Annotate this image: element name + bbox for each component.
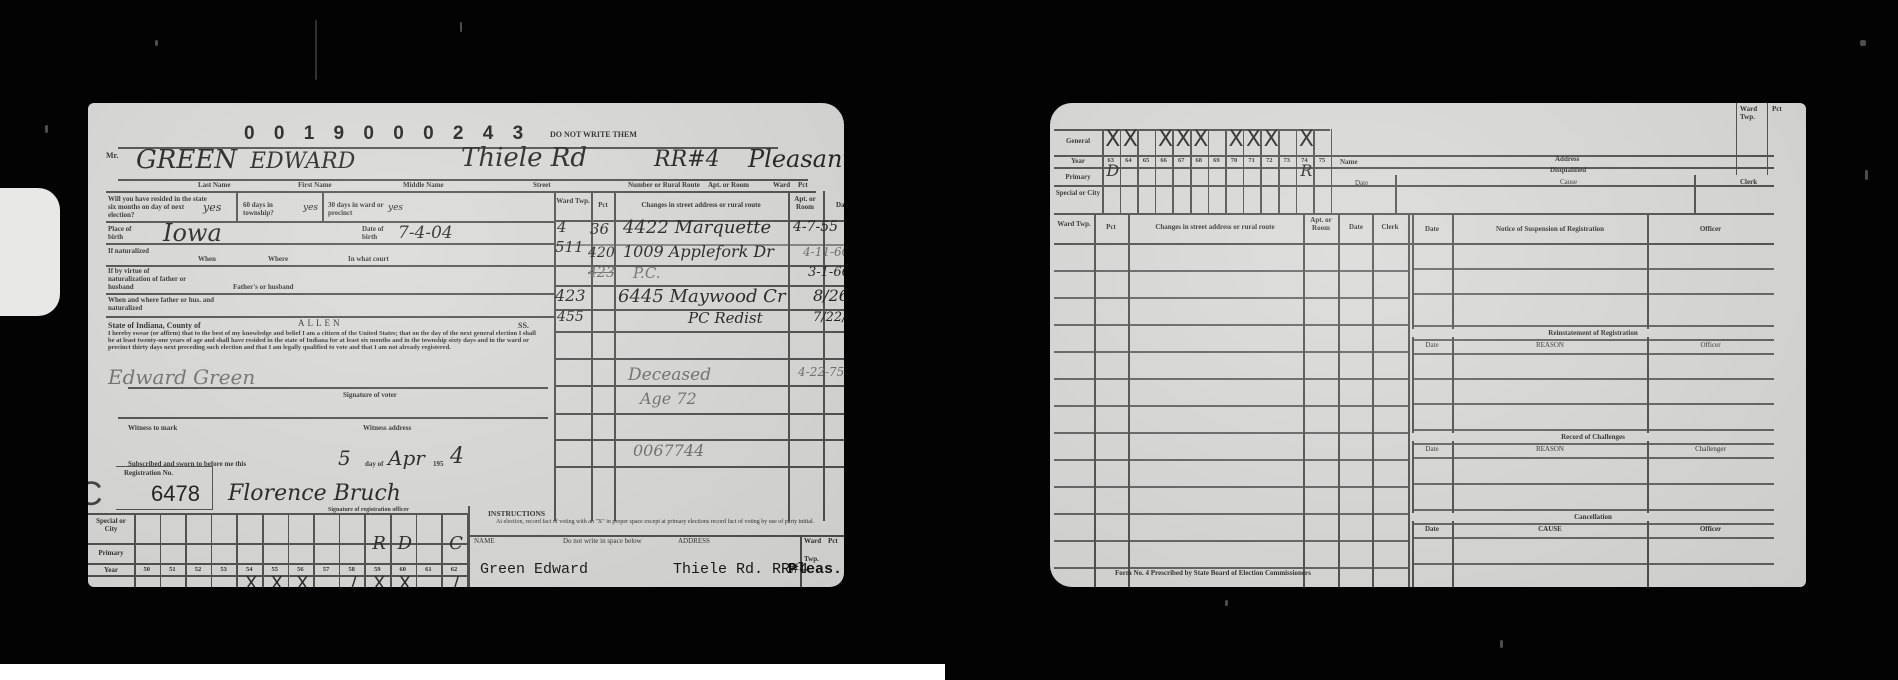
scan-speck bbox=[1225, 600, 1228, 606]
back-col-apt: Apt. or Room bbox=[1305, 216, 1337, 232]
back-section-line bbox=[1412, 378, 1774, 380]
general-vote-mark: X bbox=[1298, 127, 1316, 152]
scan-scratch bbox=[315, 20, 317, 80]
general-vote-mark: X bbox=[1227, 127, 1245, 152]
back-grid-primary-label: Primary bbox=[1054, 173, 1102, 181]
scan-speck bbox=[460, 22, 462, 32]
suspension-col-officer: Officer bbox=[1648, 225, 1773, 233]
residence-ward-answer: yes bbox=[388, 203, 403, 213]
change-row-4-address: 6445 Maywood Cr bbox=[618, 286, 786, 307]
front-col-apt: Apt. or Room bbox=[788, 195, 822, 211]
general-vote-mark: X bbox=[238, 573, 264, 587]
back-change-row-line bbox=[1054, 378, 1408, 380]
general-vote-mark: X bbox=[1245, 127, 1263, 152]
grid-year: 72 bbox=[1260, 157, 1278, 165]
general-vote-mark: X bbox=[1174, 127, 1192, 152]
front-grid-primary-label: Primary bbox=[90, 549, 132, 557]
primary-vote-mark: D bbox=[392, 533, 418, 554]
reinstatement-title: Reinstatement of Registration bbox=[1412, 329, 1774, 337]
grid-year: 69 bbox=[1208, 157, 1226, 165]
grid-year: 65 bbox=[1137, 157, 1155, 165]
back-change-row-line bbox=[1054, 540, 1408, 542]
naturalized-where-label: Where bbox=[268, 255, 288, 263]
oath-text: I hereby swear (or affirm) that to the b… bbox=[108, 330, 538, 351]
back-section-line bbox=[1412, 268, 1774, 270]
date-of-birth-label: Date of birth bbox=[362, 225, 398, 241]
title-prefix: Mr. bbox=[106, 153, 118, 159]
general-vote-mark: / bbox=[341, 573, 367, 587]
residence-ward-label: 30 days in ward or precinct bbox=[328, 201, 388, 217]
grid-year: 61 bbox=[416, 566, 442, 574]
grid-year: 70 bbox=[1225, 157, 1243, 165]
father-name-label: Father's or husband bbox=[233, 283, 294, 291]
front-col-changes: Changes in street address or rural route bbox=[616, 201, 786, 209]
scan-speck bbox=[1860, 40, 1866, 46]
registration-card-front: 0 0 1 9 0 0 0 2 4 3 DO NOT WRITE THEM Mr… bbox=[88, 103, 844, 587]
change-row-3-pct: 423 bbox=[588, 265, 615, 281]
cancellation-col-officer: Officer bbox=[1648, 525, 1773, 533]
grid-year: 50 bbox=[134, 566, 160, 574]
back-ward-box: Ward Twp. bbox=[1736, 103, 1768, 175]
back-col-changes: Changes in street address or rural route bbox=[1130, 223, 1300, 231]
general-vote-mark: / bbox=[443, 573, 469, 587]
serial-note: DO NOT WRITE THEM bbox=[550, 130, 637, 139]
grid-year: 52 bbox=[185, 566, 211, 574]
change-row-2-date: 4-11-60 bbox=[803, 245, 844, 259]
footer-name-label: NAME bbox=[474, 537, 495, 545]
back-name-label: Name bbox=[1340, 158, 1358, 166]
back-section-line bbox=[1412, 537, 1774, 539]
front-grid-special-label: Special or City bbox=[90, 517, 132, 533]
change-row-5-address: PC Redist bbox=[688, 309, 763, 327]
residence-state-answer: yes bbox=[203, 201, 221, 214]
first-name-value: EDWARD bbox=[250, 149, 355, 174]
grid-divider bbox=[160, 513, 162, 587]
general-vote-mark: X bbox=[1157, 127, 1175, 152]
middle-name-label: Middle Name bbox=[403, 181, 444, 189]
general-vote-mark: X bbox=[1192, 127, 1210, 152]
reinstatement-col-date: Date bbox=[1412, 341, 1452, 349]
front-grid-general-label: General bbox=[90, 586, 132, 587]
scan-speck bbox=[1500, 640, 1503, 648]
front-col-date: Date bbox=[828, 201, 844, 209]
change-row-2-ward: 511 bbox=[555, 238, 584, 256]
voter-signature: Edward Green bbox=[108, 365, 255, 389]
back-col-pct: Pct bbox=[1096, 223, 1126, 231]
ward-value: Pleasant bbox=[748, 145, 844, 173]
general-vote-mark: X bbox=[290, 573, 316, 587]
change-row-2-address: 1009 Applefork Dr bbox=[623, 242, 774, 261]
change-row-1-address: 4422 Marquette bbox=[623, 217, 771, 238]
grid-year: 51 bbox=[160, 566, 186, 574]
registrar-signature: Florence Bruch bbox=[228, 481, 401, 506]
footer-pct-label: Pct bbox=[828, 537, 838, 545]
change-row-2-pct: 420 bbox=[588, 245, 615, 261]
grid-year: 67 bbox=[1172, 157, 1190, 165]
back-col-ward: Ward Twp. bbox=[1054, 220, 1094, 228]
cancellation-title: Cancellation bbox=[1412, 513, 1774, 521]
back-date-label: Date bbox=[1355, 179, 1368, 187]
witness-address-label: Witness address bbox=[363, 424, 411, 432]
front-col-pct: Pct bbox=[593, 201, 613, 209]
number-label: Number or Rural Route bbox=[628, 181, 700, 189]
front-col-ward: Ward Twp. bbox=[556, 197, 590, 205]
back-section-line bbox=[1412, 325, 1774, 327]
place-of-birth-label: Place of birth bbox=[108, 225, 148, 241]
back-grid-special-label: Special or City bbox=[1054, 189, 1102, 197]
grid-year: 73 bbox=[1278, 157, 1296, 165]
grid-year: 66 bbox=[1155, 157, 1173, 165]
registration-number-label: Registration No. bbox=[124, 469, 173, 477]
residence-township-answer: yes bbox=[303, 203, 318, 213]
grid-divider bbox=[1331, 129, 1333, 213]
residence-state-label: Will you have resided in the state six m… bbox=[108, 195, 208, 219]
last-name-label: Last Name bbox=[198, 181, 230, 189]
primary-vote-mark: R bbox=[366, 533, 392, 554]
serial-number: 0 0 1 9 0 0 0 2 4 3 bbox=[244, 123, 530, 145]
grid-divider bbox=[185, 513, 187, 587]
street-value: Thiele Rd bbox=[461, 143, 587, 173]
do-not-write-label: Do not write in space below bbox=[563, 537, 642, 545]
ward-label: Ward bbox=[773, 181, 790, 189]
grid-year: 57 bbox=[313, 566, 339, 574]
cancellation-col-cause: CAUSE bbox=[1454, 525, 1646, 533]
typed-name: Green Edward bbox=[480, 561, 588, 578]
back-change-row-line bbox=[1054, 459, 1408, 461]
footer-ward-label: Ward bbox=[804, 537, 821, 545]
suspension-col-notice: Notice of Suspension of Registration bbox=[1454, 225, 1646, 233]
residence-township-label: 60 days in township? bbox=[243, 201, 303, 217]
year-prefix: 195 bbox=[433, 460, 444, 468]
general-vote-mark: X bbox=[1122, 127, 1140, 152]
back-cause-label: Cause bbox=[1560, 178, 1577, 186]
grid-year: 68 bbox=[1190, 157, 1208, 165]
back-section-line bbox=[1412, 353, 1774, 355]
back-section-line bbox=[1412, 563, 1774, 565]
general-vote-mark: X bbox=[1262, 127, 1280, 152]
back-ward-label: Ward Twp. bbox=[1740, 105, 1766, 121]
back-section-line bbox=[1412, 429, 1774, 431]
grid-divider bbox=[211, 513, 213, 587]
scan-speck bbox=[45, 125, 48, 133]
ss-label: SS. bbox=[518, 321, 529, 330]
father-naturalization-label: If by virtue of naturalization of father… bbox=[108, 267, 188, 291]
general-vote-mark: X bbox=[264, 573, 290, 587]
change-row-4-date: 8/26/68 bbox=[813, 286, 844, 305]
voter-signature-label: Signature of voter bbox=[343, 391, 397, 399]
reinstatement-col-officer: Officer bbox=[1648, 341, 1773, 349]
cancellation-col-date: Date bbox=[1412, 525, 1452, 533]
back-section-line bbox=[1412, 293, 1774, 295]
back-section-line bbox=[1412, 457, 1774, 459]
suspension-col-date: Date bbox=[1412, 225, 1452, 233]
back-change-row-line bbox=[1054, 432, 1408, 434]
change-row-3-address: P.C. bbox=[633, 264, 661, 282]
pct-label: Pct bbox=[798, 181, 808, 189]
rural-route-value: RR#4 bbox=[654, 147, 720, 172]
instructions-title: INSTRUCTIONS bbox=[488, 510, 545, 518]
registration-number-value: 6478 bbox=[151, 481, 200, 507]
instructions-text: At election, record fact of voting with … bbox=[496, 519, 836, 526]
change-row-1-date: 4-7-55 bbox=[793, 219, 838, 235]
father-when-where-label: When and where father or hus. and natura… bbox=[108, 296, 218, 312]
change-row-10-address: 0067744 bbox=[633, 441, 704, 460]
first-name-label: First Name bbox=[298, 181, 332, 189]
grid-year: 75 bbox=[1313, 157, 1331, 165]
primary-vote-mark: C bbox=[443, 533, 469, 554]
typed-ward: Pleas. bbox=[788, 561, 842, 578]
day-of-label: day of bbox=[365, 460, 383, 468]
change-row-8-address: Age 72 bbox=[640, 389, 697, 408]
date-of-birth-value: 7-4-04 bbox=[398, 223, 453, 243]
change-row-5-pct: 455 bbox=[557, 309, 584, 325]
back-change-row-line bbox=[1054, 270, 1408, 272]
margin-letter: C bbox=[88, 475, 103, 514]
blank-white-strip bbox=[0, 664, 945, 680]
footer-address-label: ADDRESS bbox=[678, 537, 710, 545]
naturalized-when-label: When bbox=[198, 255, 216, 263]
back-change-row-line bbox=[1054, 486, 1408, 488]
back-disqualified-label: Disqualified bbox=[1550, 166, 1586, 174]
back-grid-general-label: General bbox=[1054, 137, 1102, 145]
challenges-col-date: Date bbox=[1412, 445, 1452, 453]
back-change-row-line bbox=[1054, 513, 1408, 515]
back-col-date: Date bbox=[1340, 223, 1372, 231]
back-section-line bbox=[1412, 483, 1774, 485]
general-vote-mark: X bbox=[392, 573, 418, 587]
back-address-label: Address bbox=[1555, 155, 1579, 163]
registration-number-box: Registration No. 6478 bbox=[116, 466, 213, 510]
challenges-title: Record of Challenges bbox=[1412, 433, 1774, 441]
grid-year: 53 bbox=[211, 566, 237, 574]
if-naturalized-label: If naturalized bbox=[108, 247, 168, 255]
last-name-value: GREEN bbox=[136, 145, 237, 175]
county-value: ALLEN bbox=[298, 318, 343, 328]
back-section-line bbox=[1412, 509, 1774, 511]
apt-label: Apt. or Room bbox=[708, 181, 749, 189]
reinstatement-col-reason: REASON bbox=[1454, 341, 1646, 349]
back-section-line bbox=[1412, 243, 1774, 245]
general-vote-mark: X bbox=[1104, 127, 1122, 152]
change-row-1-ward: 4 bbox=[557, 218, 567, 236]
naturalized-court-label: In what court bbox=[348, 255, 389, 263]
challenges-col-reason: REASON bbox=[1454, 445, 1646, 453]
witness-to-mark-label: Witness to mark bbox=[128, 424, 177, 432]
change-row-7-date: 4-22-75 bbox=[798, 365, 844, 379]
change-row-7-address: Deceased bbox=[628, 365, 711, 385]
back-change-row-line bbox=[1054, 324, 1408, 326]
subscribed-year: 4 bbox=[450, 444, 464, 469]
back-col-clerk: Clerk bbox=[1374, 223, 1406, 231]
change-row-1-pct: 36 bbox=[590, 220, 609, 238]
back-change-row-line bbox=[1054, 297, 1408, 299]
registration-card-back: General Year Primary Special or City 63X… bbox=[1050, 103, 1806, 587]
back-section-line bbox=[1412, 403, 1774, 405]
street-label: Street bbox=[533, 181, 551, 189]
back-pct-label: Pct bbox=[1772, 105, 1782, 113]
adjacent-card-edge bbox=[0, 188, 60, 316]
grid-year: 71 bbox=[1243, 157, 1261, 165]
change-row-3-date: 3-1-66 bbox=[808, 265, 844, 280]
change-row-4-pct: 423 bbox=[555, 286, 586, 305]
back-change-row-line bbox=[1054, 405, 1408, 407]
front-grid-year-label: Year bbox=[90, 566, 132, 574]
back-change-row-line bbox=[1054, 351, 1408, 353]
back-grid-year-label: Year bbox=[1054, 157, 1102, 165]
form-footer: Form No. 4 Prescribed by State Board of … bbox=[1115, 569, 1311, 577]
subscribed-day: 5 bbox=[338, 446, 351, 470]
subscribed-month: Apr bbox=[388, 446, 425, 470]
state-county-label: State of Indiana, County of bbox=[108, 321, 201, 330]
scan-speck bbox=[1865, 170, 1868, 180]
grid-year: 64 bbox=[1120, 157, 1138, 165]
challenges-col-challenger: Challenger bbox=[1648, 445, 1773, 453]
change-row-5-date: 7/22/71 bbox=[813, 310, 844, 325]
general-vote-mark: X bbox=[366, 573, 392, 587]
scan-speck bbox=[155, 40, 158, 46]
back-clerk-label: Clerk bbox=[1740, 178, 1757, 186]
